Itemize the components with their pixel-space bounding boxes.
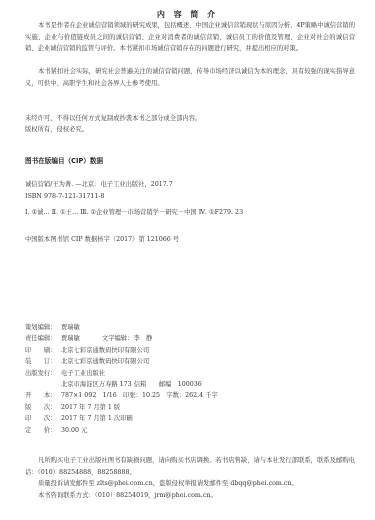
summary-paragraph-2: 本书紧扣社会实际，研究社会普遍关注的诚信营销问题，传导市场经济以诚信为本的理念，…: [25, 66, 355, 89]
label: 定 价：: [25, 425, 61, 436]
value: 贾瑞敏: [61, 322, 80, 333]
cip-library-note: 中国版本图书馆 CIP 数据核字（2017）第 121066 号: [25, 234, 179, 246]
value: 电子工业出版社: [61, 368, 105, 379]
credit-format: 开 本： 787×1 092 1/16 印张：10.25 字数：262.4 千字: [25, 390, 218, 401]
cip-classification: Ⅰ. ①诚… Ⅱ. ①王… Ⅲ. ①企业管理－市场营销学－研究－中国 Ⅳ. ①F…: [25, 207, 243, 219]
cip-heading: 图书在版编目（CIP）数据: [25, 155, 103, 165]
summary-paragraph-1: 本书是作者在企业诚信营销领域的研究成果，包括概述、中国企业诚信营销现状与原因分析…: [25, 20, 355, 55]
label: 策划编辑：: [25, 322, 61, 333]
value: 北京市海淀区万寿路 173 信箱 邮编 100036: [61, 379, 202, 390]
label: 出版发行：: [25, 368, 61, 379]
credit-edition: 版 次： 2017 年 7 月第 1 版: [25, 402, 218, 413]
text-editor-label: 文字编辑：: [102, 333, 133, 344]
credit-responsible-editor: 责任编辑： 贾瑞敏 文字编辑： 李 静: [25, 333, 218, 344]
credit-publisher: 出版发行： 电子工业出版社: [25, 368, 218, 379]
value: 北京七彩京通数码快印有限公司: [61, 345, 149, 356]
credit-printing: 印 刷： 北京七彩京通数码快印有限公司: [25, 345, 218, 356]
value: 贾瑞敏: [61, 333, 80, 344]
credit-planning-editor: 策划编辑： 贾瑞敏: [25, 322, 218, 333]
label: 开 本：: [25, 390, 61, 401]
value: 北京七彩京通数码快印有限公司: [61, 356, 149, 367]
footer-line-2: 质量投诉请发邮件至 zlts@phei.com.cn，盗版侵权举报请发邮件至 d…: [38, 478, 298, 490]
summary-title: 内 容 简 介: [0, 9, 375, 20]
footer-line-1: 凡所购买电子工业出版社图书有缺损问题，请向购买书店调换。若书店售缺，请与本社发行…: [25, 455, 355, 478]
label: 印 次：: [25, 413, 61, 424]
credit-address: 北京市海淀区万寿路 173 信箱 邮编 100036: [25, 379, 218, 390]
cip-entry: 诚信营销/王为著. —北京：电子工业出版社，2017.7: [25, 179, 173, 191]
credit-price: 定 价： 30.00 元: [25, 425, 218, 436]
credits-block: 策划编辑： 贾瑞敏 责任编辑： 贾瑞敏 文字编辑： 李 静 印 刷： 北京七彩京…: [25, 322, 218, 436]
credit-impression: 印 次： 2017 年 7 月第 1 次印刷: [25, 413, 218, 424]
value: 2017 年 7 月第 1 次印刷: [61, 413, 133, 424]
value: 787×1 092 1/16 印张：10.25 字数：262.4 千字: [61, 390, 218, 401]
text-editor-value: 李 静: [133, 333, 152, 344]
label: 印 刷：: [25, 345, 61, 356]
label: 装 订：: [25, 356, 61, 367]
credit-binding: 装 订： 北京七彩京通数码快印有限公司: [25, 356, 218, 367]
label: 版 次：: [25, 402, 61, 413]
value: 30.00 元: [61, 425, 87, 436]
label: 责任编辑：: [25, 333, 61, 344]
footer-line-3: 本书咨询联系方式：（010）88254019，jrm@phei.com.cn。: [38, 490, 217, 502]
cip-isbn: ISBN 978-7-121-31711-8: [25, 191, 105, 203]
copyright-line-1: 未经许可，不得以任何方式复制或抄袭本书之部分或全部内容。: [25, 113, 201, 125]
value: 2017 年 7 月第 1 版: [61, 402, 120, 413]
copyright-line-2: 版权所有，侵权必究。: [25, 124, 88, 136]
